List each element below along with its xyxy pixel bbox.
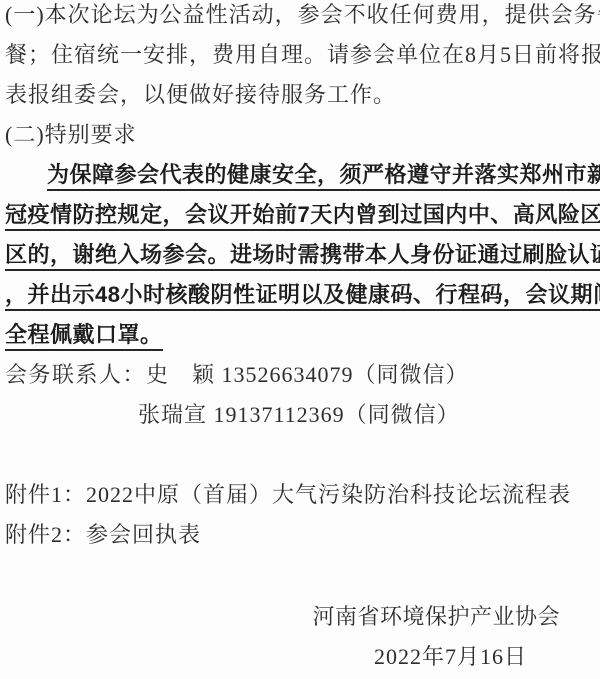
- attachment-line-1: 附件1：2022中原（首届）大气污染防治科技论坛流程表: [5, 475, 600, 515]
- contact-line-2: 张瑞宣 19137112369（同微信）: [5, 395, 600, 435]
- underlined-text: ，并出示48小时核酸阴性证明以及健康码、行程码，会议期间: [5, 282, 600, 311]
- contact-entry-1: 史 颖 13526634079（同微信）: [146, 362, 469, 387]
- contact-line-1: 会务联系人：史 颖 13526634079（同微信）: [5, 355, 600, 395]
- special-requirements-line-4: ，并出示48小时核酸阴性证明以及健康码、行程码，会议期间: [5, 275, 600, 315]
- signature-date: 2022年7月16日: [5, 637, 600, 674]
- paragraph-one-line-2: 餐；住宿统一安排，费用自理。请参会单位在8月5日前将报名: [5, 35, 600, 75]
- special-requirements-line-2: 冠疫情防控规定，会议开始前7天内曾到过国内中、高风险区地: [5, 195, 600, 235]
- special-requirements-line-1: 为保障参会代表的健康安全，须严格遵守并落实郑州市新: [5, 155, 600, 195]
- underlined-text: 为保障参会代表的健康安全，须严格遵守并落实郑州市新: [47, 162, 600, 191]
- contact-label: 会务联系人：: [5, 362, 146, 387]
- signature-organization: 河南省环境保护产业协会: [5, 597, 600, 637]
- paragraph-one-line-1: (一)本次论坛为公益性活动，参会不收任何费用，提供会务午: [5, 0, 600, 35]
- section-two-heading: (二)特别要求: [5, 115, 600, 155]
- underlined-text: 冠疫情防控规定，会议开始前7天内曾到过国内中、高风险区地: [5, 202, 600, 231]
- special-requirements-line-3: 区的，谢绝入场参会。进场时需携带本人身份证通过刷脸认证: [5, 235, 600, 275]
- underlined-text: 区的，谢绝入场参会。进场时需携带本人身份证通过刷脸认证: [5, 242, 600, 271]
- document-page: (一)本次论坛为公益性活动，参会不收任何费用，提供会务午 餐；住宿统一安排，费用…: [0, 0, 600, 674]
- special-requirements-line-5: 全程佩戴口罩。: [5, 315, 600, 355]
- paragraph-one-line-3: 表报组委会，以便做好接待服务工作。: [5, 75, 600, 115]
- attachment-line-2: 附件2：参会回执表: [5, 515, 600, 555]
- underlined-text: 全程佩戴口罩。: [5, 322, 163, 351]
